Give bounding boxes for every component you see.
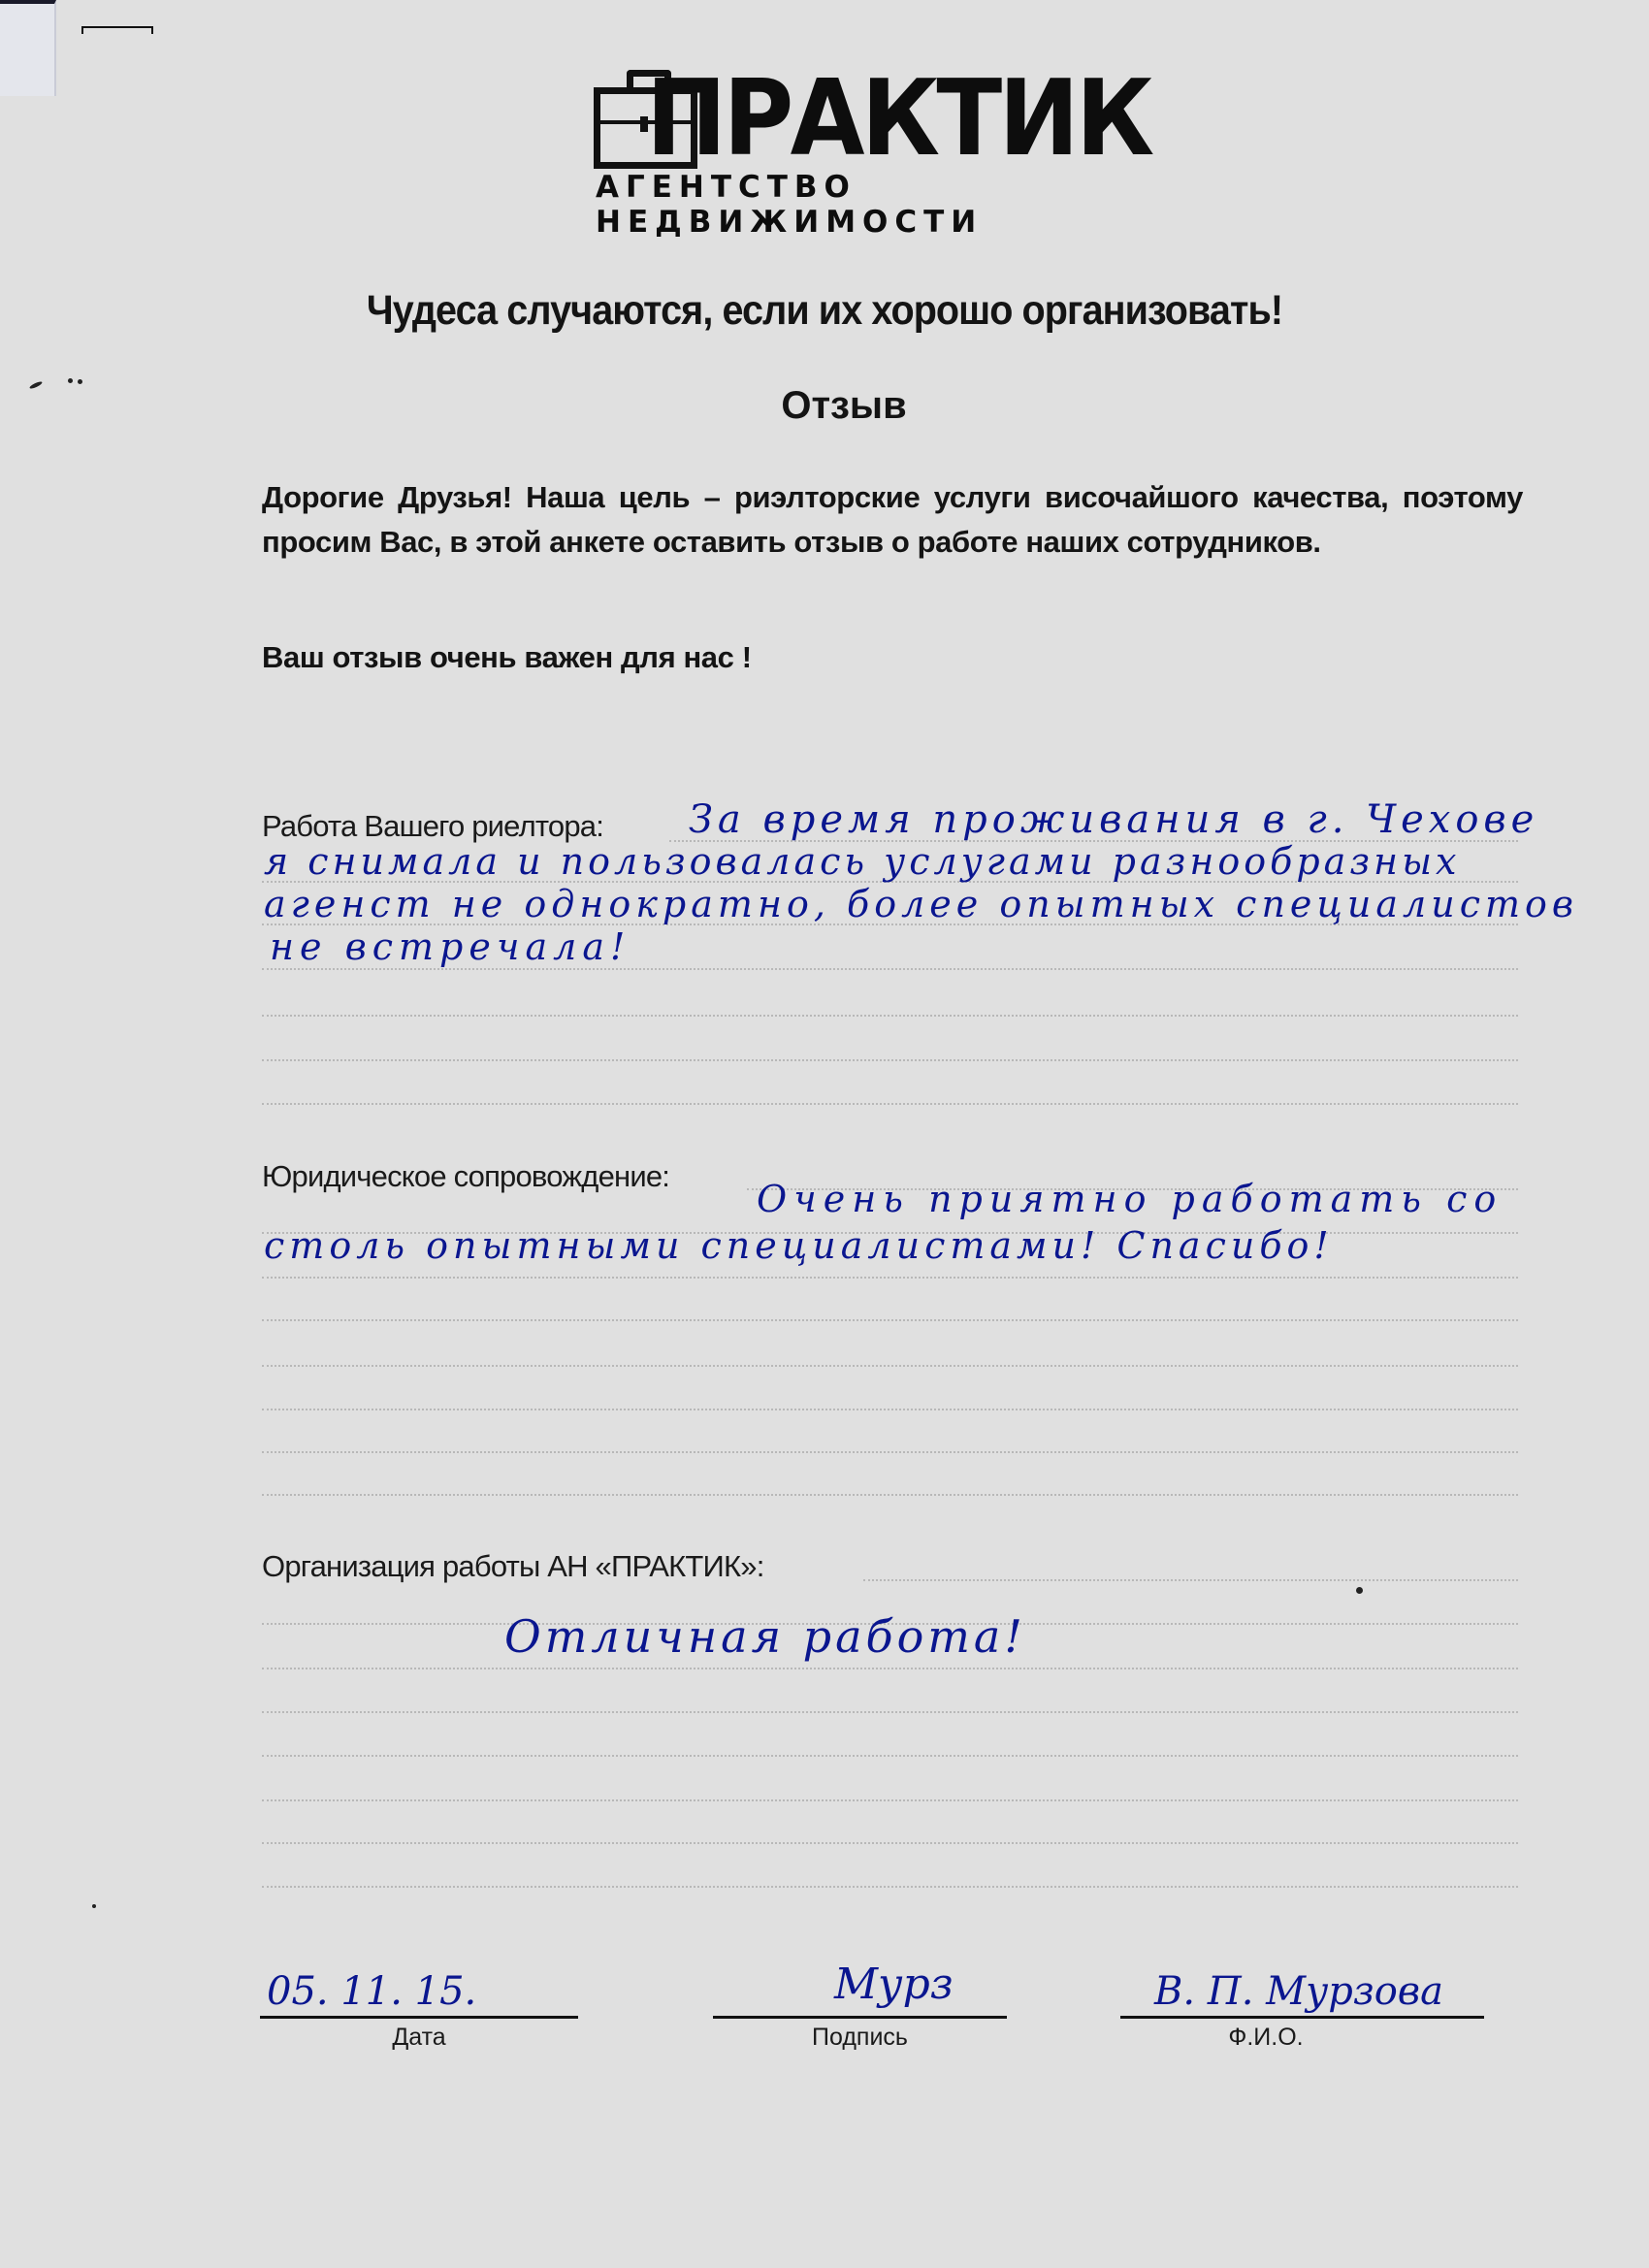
realtor-review-line-2: я снимала и пользовалась услугами разноо… xyxy=(264,840,1460,883)
dotted-line xyxy=(262,1059,1518,1061)
logo-subtitle: АГЕНТСТВО НЕДВИЖИМОСТИ xyxy=(596,170,1195,240)
realtor-review-line-1: За время проживания в г. Чехове xyxy=(689,797,1538,842)
slogan: Чудеса случаются, если их хорошо организ… xyxy=(66,287,1583,335)
full-name-caption: Ф.И.О. xyxy=(1169,2024,1363,2052)
dotted-line xyxy=(262,1409,1518,1410)
dotted-line xyxy=(262,1277,1518,1279)
scan-speck xyxy=(68,378,73,383)
dotted-line xyxy=(262,1451,1518,1453)
date-value: 05. 11. 15. xyxy=(267,1969,476,2014)
agency-organization-label: Организация работы АН «ПРАКТИК»: xyxy=(262,1549,764,1584)
signature-caption: Подпись xyxy=(713,2024,1007,2052)
realtor-review-line-3: агенст не однократно, более опытных спец… xyxy=(264,883,1578,925)
realtor-work-label: Работа Вашего риелтора: xyxy=(262,809,603,844)
dotted-line xyxy=(262,1319,1518,1321)
page-title: Отзыв xyxy=(0,384,1649,428)
dotted-line xyxy=(262,1015,1518,1017)
dotted-line xyxy=(863,1579,1518,1581)
dotted-line xyxy=(262,968,1518,970)
briefcase-icon xyxy=(594,83,640,164)
important-note: Ваш отзыв очень важен для нас ! xyxy=(262,640,752,675)
dotted-line xyxy=(262,1668,1518,1669)
scan-speck xyxy=(1356,1587,1363,1594)
date-caption: Дата xyxy=(260,2024,578,2052)
full-name-value: В. П. Мурзова xyxy=(1154,1969,1443,2014)
scan-edge-artifact xyxy=(0,0,56,96)
dotted-line xyxy=(262,1365,1518,1367)
legal-review-line-1: Очень приятно работать со xyxy=(757,1178,1503,1220)
company-logo: ПРАКТИК АГЕНТСТВО НЕДВИЖИМОСТИ xyxy=(594,70,1195,206)
dotted-line xyxy=(262,1886,1518,1888)
scan-bracket-mark xyxy=(81,26,153,34)
intro-paragraph: Дорогие Друзья! Наша цель – риэлторские … xyxy=(262,475,1523,565)
signature-line xyxy=(713,2016,1007,2019)
dotted-line xyxy=(262,1842,1518,1844)
realtor-review-line-4: не встречала! xyxy=(270,925,630,968)
dotted-line xyxy=(262,1799,1518,1801)
dotted-line xyxy=(262,1711,1518,1713)
dotted-line xyxy=(262,1755,1518,1757)
dotted-line xyxy=(262,1494,1518,1496)
full-name-line xyxy=(1120,2016,1484,2019)
date-line xyxy=(260,2016,578,2019)
scan-speck xyxy=(92,1904,96,1908)
legal-support-label: Юридическое сопровождение: xyxy=(262,1159,669,1194)
agency-review-line-1: Отличная работа! xyxy=(504,1610,1026,1663)
logo-name: ПРАКТИК xyxy=(646,75,1150,164)
dotted-line xyxy=(262,1103,1518,1105)
signature-value: Мурз xyxy=(834,1960,954,2009)
legal-review-line-2: столь опытными специалистами! Спасибо! xyxy=(264,1224,1334,1267)
